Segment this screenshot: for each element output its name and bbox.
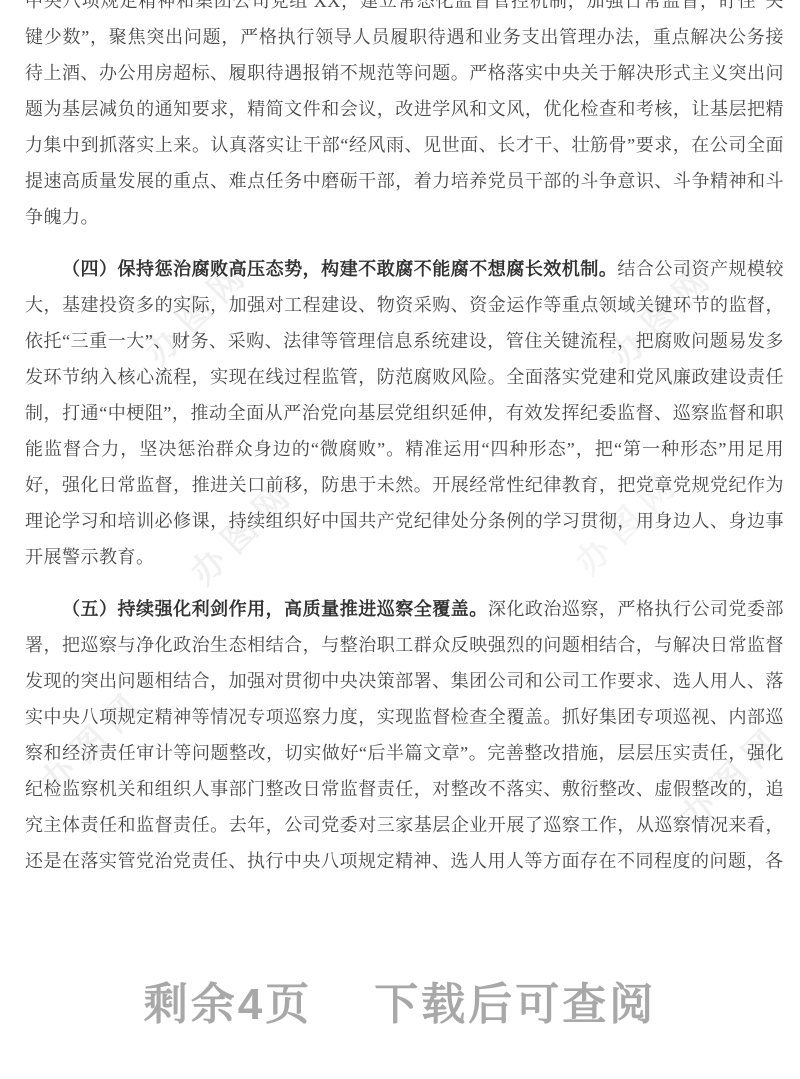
paragraph-continuation: 中央八项规定精神和集团公司党组 XX，建立常态化监督管控机制，加强日常监督，盯住… [25,0,784,235]
paragraph-body-text: 中央八项规定精神和集团公司党组 XX，建立常态化监督管控机制，加强日常监督，盯住… [25,0,784,227]
paragraph-section-5: （五）持续强化利剑作用，高质量推进巡察全覆盖。深化政治巡察，严格执行公司党委部署… [25,591,784,879]
section-4-heading: （四）保持惩治腐败高压态势，构建不敢腐不能腐不想腐长效机制。 [62,259,617,279]
section-5-heading: （五）持续强化利剑作用，高质量推进巡察全覆盖。 [62,599,488,619]
document-page: 办图网 办图网 办图网 办图网 办图网 办图网 中央八项规定精神和集团公司党组 … [0,0,800,1079]
paragraph-body-text: 深化政治巡察，严格执行公司党委部署，把巡察与净化政治生态相结合，与整治职工群众反… [25,599,784,871]
download-to-view-hint: 下载后可查阅 [374,968,656,1032]
remaining-pages-banner: 剩余4页 下载后可查阅 [0,968,800,1032]
paragraph-body-text: 结合公司资产规模较大，基建投资多的实际，加强对工程建设、物资采购、资金运作等重点… [25,259,784,567]
document-text: 中央八项规定精神和集团公司党组 XX，建立常态化监督管控机制，加强日常监督，盯住… [25,0,784,895]
remaining-pages-count: 剩余4页 [144,968,312,1032]
paragraph-section-4: （四）保持惩治腐败高压态势，构建不敢腐不能腐不想腐长效机制。结合公司资产规模较大… [25,251,784,575]
